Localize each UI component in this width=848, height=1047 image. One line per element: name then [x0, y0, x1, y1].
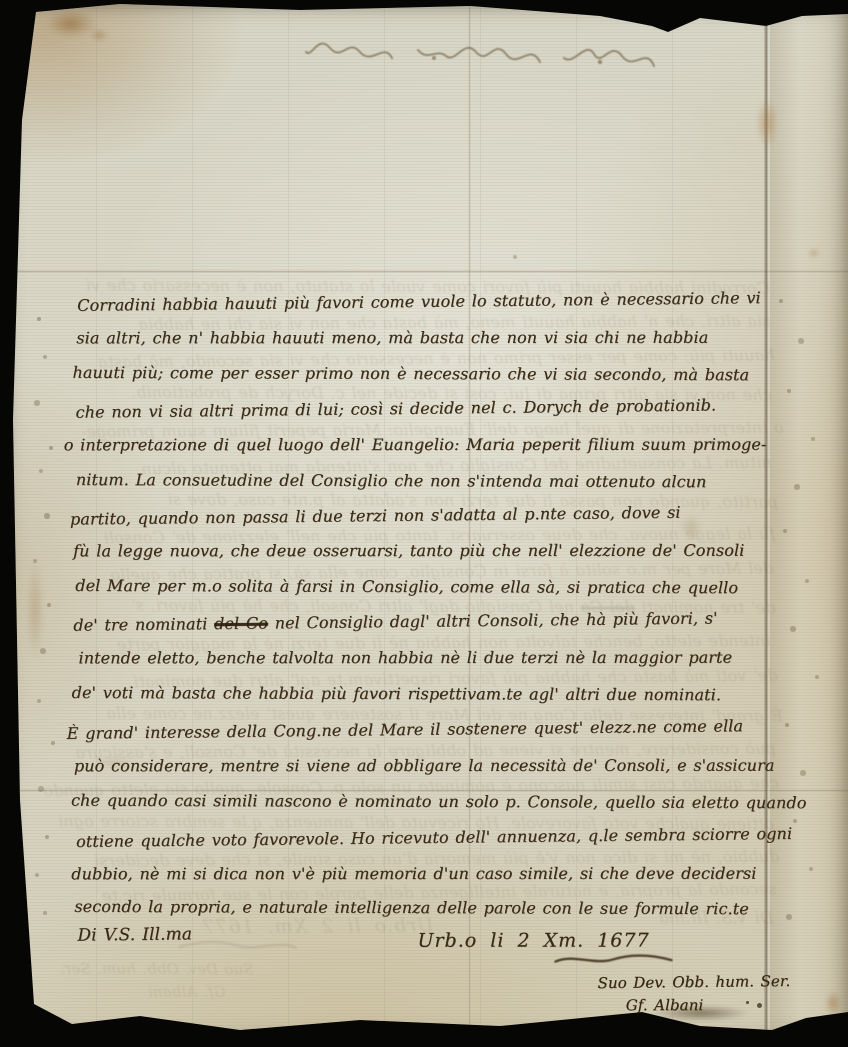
text-line-with-strikethrough: de' tre nominati del Co nel Consiglio da…: [73, 608, 718, 641]
text-line: può considerare, mentre si viene ad obbl…: [74, 756, 775, 783]
text-line: nitum. La consuetudine del Consiglio che…: [76, 470, 707, 498]
text-line: sia altri, che n' habbia hauuti meno, mà…: [76, 328, 708, 355]
text-line: hauuti più; come per esser primo non è n…: [72, 363, 749, 391]
text-after-strike: nel Consiglio dagl' altri Consoli, che h…: [268, 608, 718, 632]
strikethrough-text: del Co: [214, 614, 268, 634]
text-line: secondo la propria, e naturale intellige…: [74, 897, 749, 925]
letter-text: Corradini habbia hauuti più favori come …: [0, 0, 848, 1047]
text-line: È grand' interesse della Cong.ne del Mar…: [67, 716, 744, 750]
text-line: o interpretazione di quel luogo dell' Eu…: [64, 435, 767, 462]
text-line: Corradini habbia hauuti più favori come …: [77, 288, 761, 322]
text-line: intende eletto, benche talvolta non habb…: [78, 648, 732, 675]
text-line: de' voti mà basta che habbia più favori …: [72, 683, 722, 711]
text-line: che quando casi simili nascono è nominat…: [71, 791, 807, 820]
text-line: ottiene qualche voto favorevole. Ho rice…: [76, 824, 792, 858]
letter-page: Corradini habbia hauuti più favori come …: [0, 0, 848, 1047]
closing-salutation: Di V.S. Ill.ma: [77, 924, 192, 951]
manuscript-scan: Corradini habbia hauuti più favori come …: [0, 0, 848, 1047]
text-before-strike: de' tre nominati: [73, 614, 214, 635]
text-line: dubbio, nè mi si dica non v'è più memori…: [71, 864, 756, 891]
dateline: Urb.o li 2 Xm. 1677: [417, 930, 649, 956]
text-line: partito, quando non passa li due terzi n…: [70, 503, 681, 536]
ink-bleed-speckles: [0, 0, 2, 2]
text-line: del Mare per m.o solita à farsi in Consi…: [75, 576, 738, 604]
signature-line-2: Gf. Albani: [626, 996, 704, 1022]
text-line: che non vi sia altri prima di lui; così …: [75, 395, 716, 428]
text-line: fù la legge nuova, che deue osseruarsi, …: [73, 541, 744, 568]
